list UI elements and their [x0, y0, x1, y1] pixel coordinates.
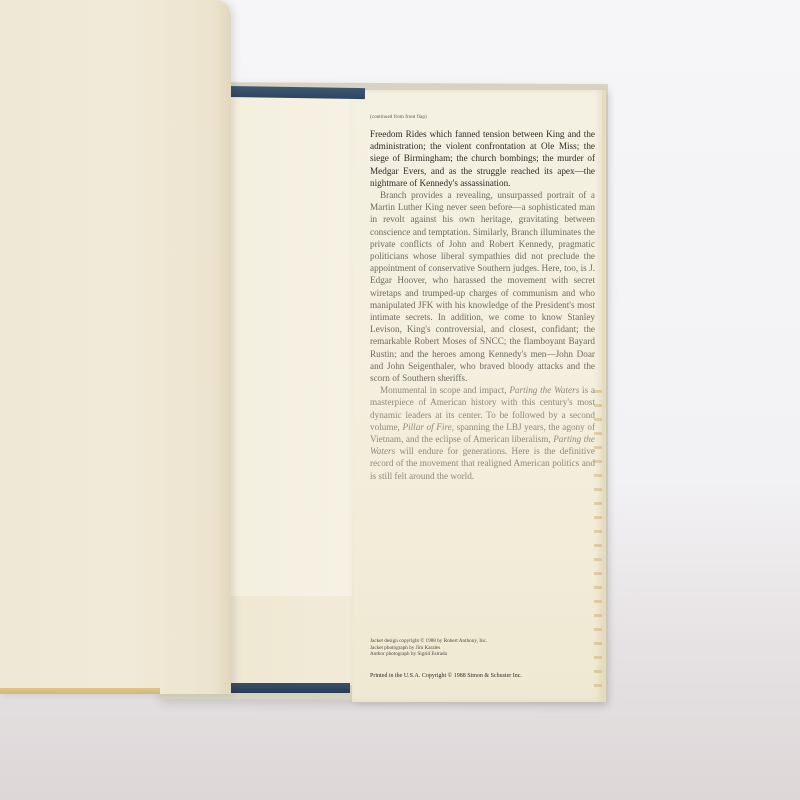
cover-top-band [228, 86, 365, 99]
flyleaf-page [0, 0, 231, 694]
photo-scene: (continued from front flap) Freedom Ride… [0, 0, 800, 800]
sequel-title-ref: Pillar of Fire, [402, 422, 454, 432]
flyleaf-bottom-edge [0, 688, 160, 694]
credit-line-jacket-photo: Jacket photograph by Jim Karales [370, 645, 600, 652]
flap-paragraph-3: Monumental in scope and impact, Parting … [370, 384, 595, 482]
flap-paragraph-2: Branch provides a revealing, unsurpassed… [370, 189, 595, 384]
flap-text-block: (continued from front flap) Freedom Ride… [370, 115, 595, 482]
flap-paragraph-1: Freedom Rides which fanned tension betwe… [370, 128, 595, 189]
printed-copyright: Printed in the U.S.A. Copyright © 1988 S… [370, 673, 600, 679]
continued-note: (continued from front flap) [370, 115, 595, 120]
jacket-credits: Jacket design copyright © 1988 by Robert… [370, 638, 600, 658]
para3-text-d: will endure for generations. Here is the… [370, 446, 595, 480]
glassine-overlay [228, 96, 365, 596]
credit-line-design: Jacket design copyright © 1988 by Robert… [370, 638, 600, 645]
credit-line-author-photo: Author photograph by Sigrid Estrada [370, 651, 600, 658]
book-title-ref: Parting the Waters [509, 385, 579, 395]
para3-text-a: Monumental in scope and impact, [380, 385, 509, 395]
